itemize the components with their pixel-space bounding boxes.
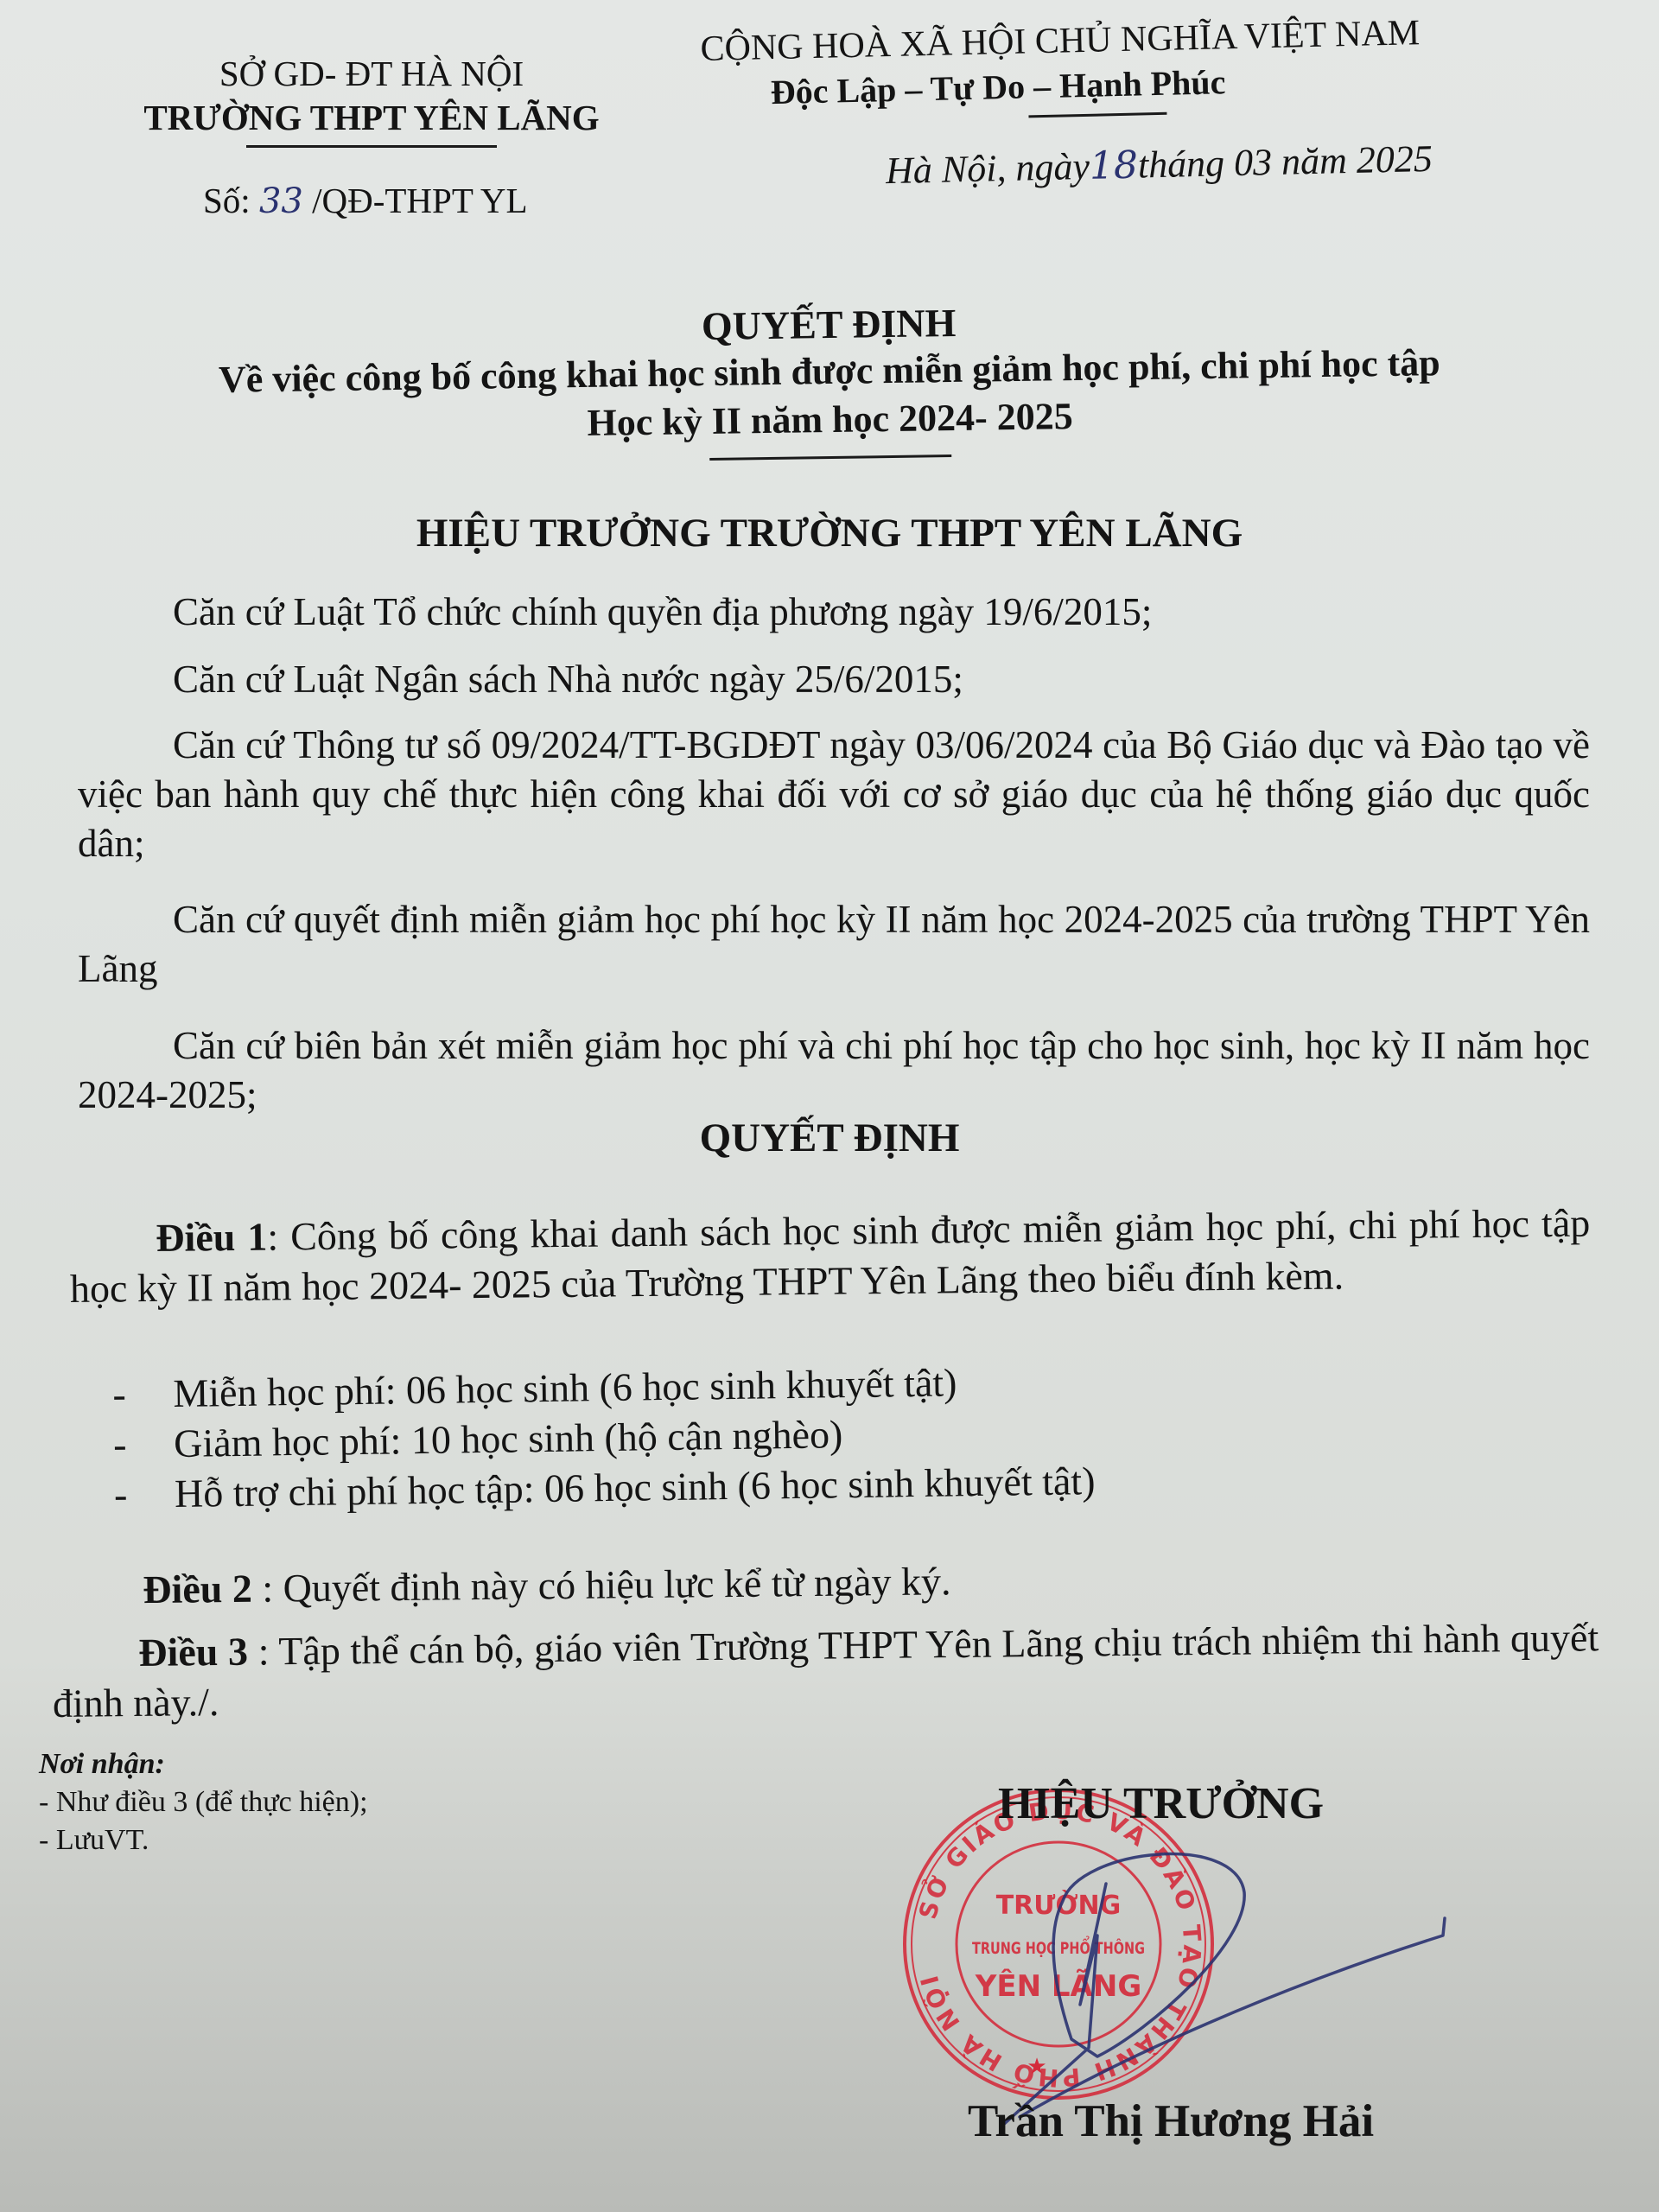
legal-basis-4: Căn cứ quyết định miễn giảm học phí học … — [78, 895, 1590, 994]
doc-number-prefix: Số: — [203, 181, 259, 220]
article-3-label: Điều 3 — [138, 1630, 248, 1675]
title-divider — [709, 454, 951, 461]
issue-date: Hà Nội, ngày18tháng 03 năm 2025 — [886, 137, 1433, 193]
signatory-title: HIỆU TRƯỞNG — [998, 1778, 1324, 1829]
legal-basis-1: Căn cứ Luật Tổ chức chính quyền địa phươ… — [78, 588, 1590, 637]
document-number: Số: 33 /QĐ-THPT YL — [203, 180, 528, 221]
recipients-heading: Nơi nhận: — [39, 1745, 368, 1783]
decision-document: SỞ GD- ĐT HÀ NỘI TRƯỜNG THPT YÊN LÃNG Số… — [0, 0, 1659, 2212]
doc-number-suffix: /QĐ-THPT YL — [303, 181, 528, 220]
motto-underline — [1028, 112, 1166, 118]
date-suffix: tháng 03 năm 2025 — [1137, 137, 1433, 187]
recipient-item: - Như điều 3 (để thực hiện); — [39, 1783, 368, 1821]
authority-heading: HIỆU TRƯỞNG TRƯỜNG THPT YÊN LÃNG — [121, 510, 1538, 556]
national-header-block: CỘNG HOÀ XÃ HỘI CHỦ NGHĨA VIỆT NAM Độc L… — [700, 10, 1421, 116]
legal-basis-3: Căn cứ Thông tư số 09/2024/TT-BGDĐT ngày… — [78, 721, 1590, 868]
article-1: Điều 1: Công bố công khai danh sách học … — [69, 1198, 1591, 1314]
article-3: Điều 3 : Tập thể cán bộ, giáo viên Trườn… — [52, 1612, 1599, 1729]
article-2: Điều 2 : Quyết định này có hiệu lực kể t… — [69, 1550, 1591, 1616]
doc-number-handwritten: 33 — [259, 181, 303, 221]
school-name: TRƯỜNG THPT YÊN LÃNG — [112, 95, 631, 140]
department-name: SỞ GD- ĐT HÀ NỘI — [112, 52, 631, 95]
recipient-item: - LưuVT. — [39, 1821, 368, 1859]
article-1-label: Điều 1 — [156, 1215, 268, 1260]
issuing-authority-block: SỞ GD- ĐT HÀ NỘI TRƯỜNG THPT YÊN LÃNG — [112, 52, 631, 148]
article-1-list: -Miễn học phí: 06 học sinh (6 học sinh k… — [112, 1356, 1096, 1520]
signatory-name: Trần Thị Hương Hải — [968, 2095, 1374, 2147]
date-day-handwritten: 18 — [1089, 143, 1138, 188]
legal-basis-2: Căn cứ Luật Ngân sách Nhà nước ngày 25/6… — [78, 655, 1590, 704]
article-2-label: Điều 2 — [143, 1567, 252, 1611]
article-3-text: Tập thể cán bộ, giáo viên Trường THPT Yê… — [53, 1615, 1599, 1726]
date-prefix: Hà Nội, ngày — [886, 145, 1090, 192]
header-divider — [246, 145, 497, 148]
decision-heading: QUYẾT ĐỊNH — [121, 1115, 1538, 1161]
legal-basis-5: Căn cứ biên bản xét miễn giảm học phí và… — [78, 1021, 1590, 1120]
article-2-text: Quyết định này có hiệu lực kể từ ngày ký… — [283, 1559, 950, 1610]
document-title: QUYẾT ĐỊNH Về việc công bố công khai học… — [120, 293, 1539, 469]
article-1-text: Công bố công khai danh sách học sinh đượ… — [70, 1201, 1591, 1311]
recipients-block: Nơi nhận: - Như điều 3 (để thực hiện); -… — [39, 1745, 368, 1859]
